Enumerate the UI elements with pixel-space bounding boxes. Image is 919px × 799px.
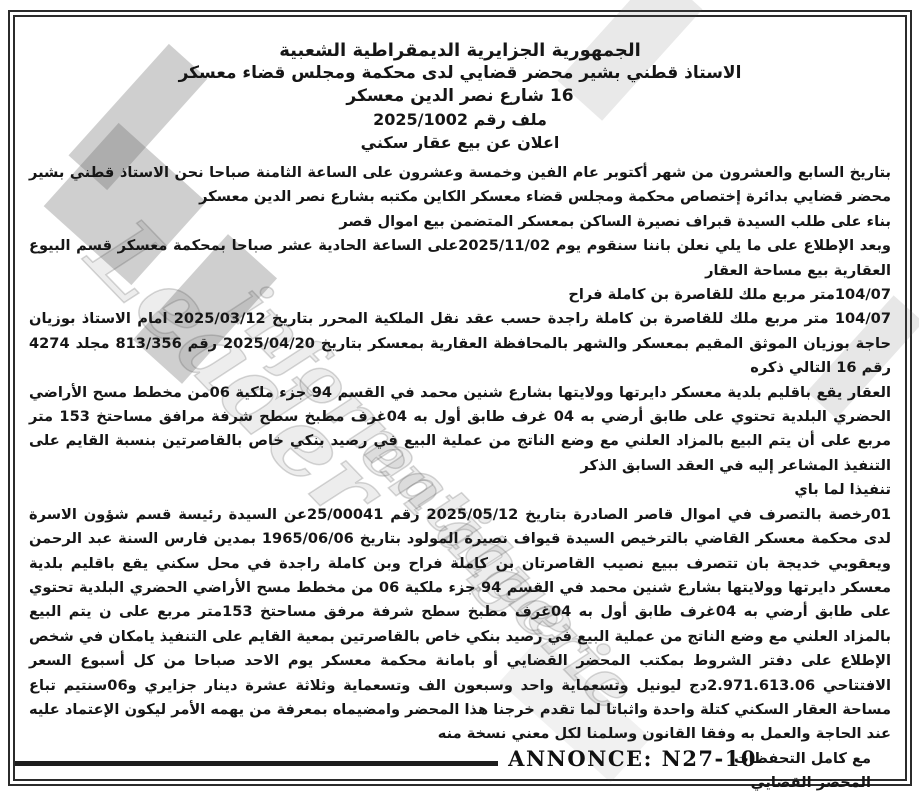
paragraph: 104/07متر مربع ملك للقاصرة بن كاملة فراح <box>29 283 891 307</box>
paragraph: 104/07 متر مربع ملك للقاصرة بن كاملة راج… <box>29 307 891 380</box>
file-number: ملف رقم 2025/1002 <box>29 108 891 131</box>
body-paragraphs: بتاريخ السابع والعشرون من شهر أكتوبر عام… <box>29 161 891 796</box>
republic-title: الجمهورية الجزايرية الديمقراطية الشعبية <box>29 39 891 62</box>
paragraph: وبعد الإطلاع على ما يلي نعلن باننا سنقوم… <box>29 234 891 283</box>
paragraph: تنفيذا لما باي <box>29 478 891 502</box>
paragraph: بناء على طلب السيدة قبراف نصيرة الساكن ب… <box>29 210 891 234</box>
annonce-strip: ANNONCE: N27-10 <box>15 746 905 773</box>
annonce-underline <box>15 761 498 766</box>
bailiff-title: الاستاذ قطني بشير محضر قضايي لدى محكمة و… <box>29 62 891 85</box>
page-border-inner: الجمهورية الجزايرية الديمقراطية الشعبية … <box>13 15 907 781</box>
paragraph: العقار يقع باقليم بلدية معسكر دايرتها وو… <box>29 381 891 479</box>
paragraph: المحضر القضايي <box>29 771 891 795</box>
announcement-document: الجمهورية الجزايرية الديمقراطية الشعبية … <box>15 17 905 779</box>
paragraph: 01رخصة بالتصرف في اموال قاصر الصادرة بتا… <box>29 503 891 747</box>
annonce-reference: ANNONCE: N27-10 <box>498 746 767 773</box>
office-address: 16 شارع نصر الدين معسكر <box>29 85 891 108</box>
announcement-title: اعلان عن بيع عقار سكني <box>29 131 891 154</box>
document-header: الجمهورية الجزايرية الديمقراطية الشعبية … <box>29 39 891 154</box>
page-border-outer: الجمهورية الجزايرية الديمقراطية الشعبية … <box>8 10 912 786</box>
paragraph: بتاريخ السابع والعشرون من شهر أكتوبر عام… <box>29 161 891 210</box>
